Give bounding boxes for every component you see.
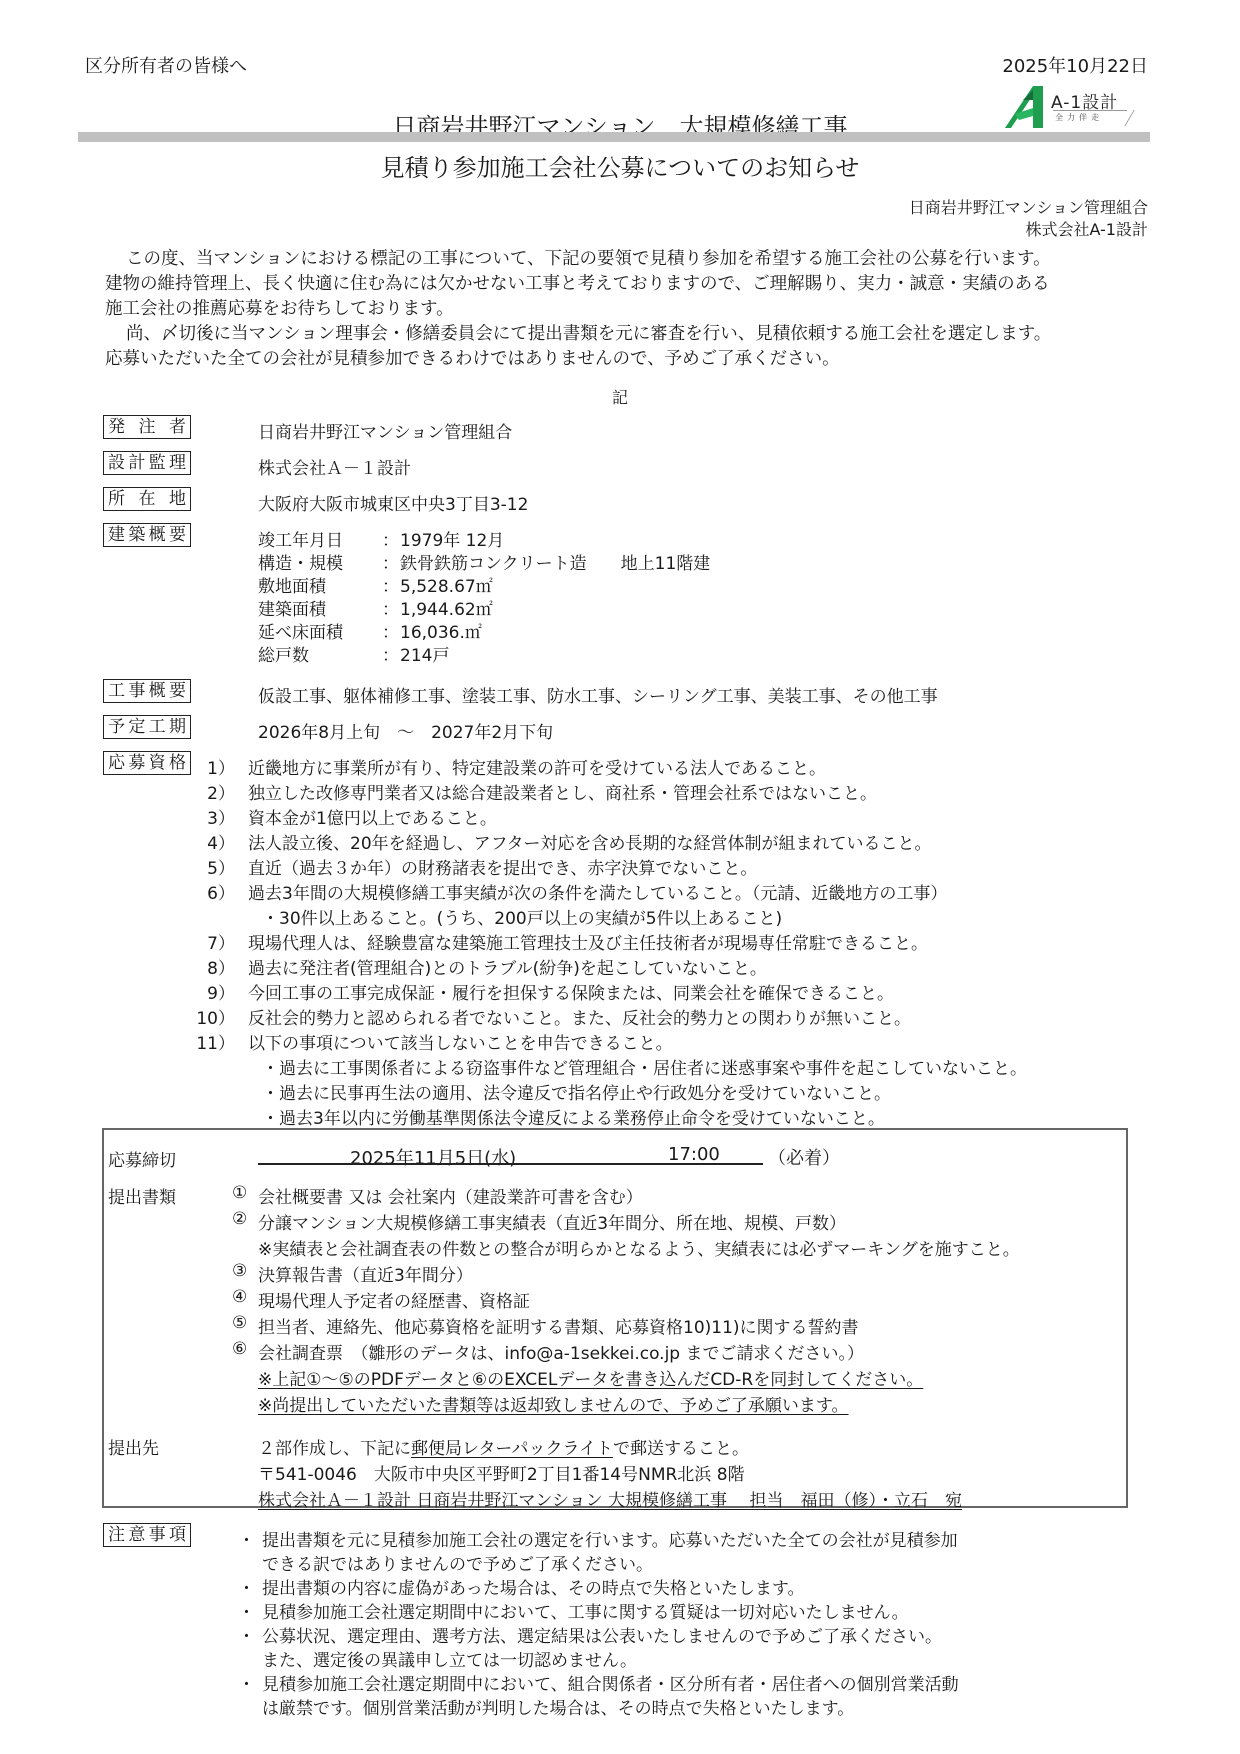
value-period: 2026年8月上旬 ～ 2027年2月下旬 <box>258 718 553 743</box>
label-building: 建築概要 <box>103 523 191 547</box>
label-period: 予定工期 <box>103 715 191 739</box>
intro-line: 応募いただいた全ての会社が見積参加できるわけではありませんので、予めご了承くださ… <box>105 345 840 370</box>
destination-pre: ２部作成し、下記に <box>258 1439 411 1459</box>
qual-subitem: ・過去に工事関係者による窃盗事件など管理組合・居住者に迷惑事案や事件を起こしてい… <box>262 1054 1027 1079</box>
spec-key: 敷地面積 <box>258 572 326 597</box>
label-destination: 提出先 <box>108 1434 159 1459</box>
doc-item: 分譲マンション大規模修繕工事実績表（直近3年間分、所在地、規模、戸数） <box>258 1209 846 1234</box>
qual-subitem: ・30件以上あること。(うち、200戸以上の実績が5件以上あること) <box>262 904 782 929</box>
label-qualifications: 応募資格 <box>103 751 191 775</box>
note-line: また、選定後の異議申し立ては一切認めません。 <box>262 1646 637 1671</box>
spec-value: 214戸 <box>400 641 449 666</box>
label-deadline: 応募締切 <box>108 1146 176 1171</box>
spec-value: 16,036.㎡ <box>400 618 482 643</box>
label-documents: 提出書類 <box>108 1183 176 1208</box>
spec-colon: ： <box>382 526 399 551</box>
qual-item: 独立した改修専門業者又は総合建設業者とし、商社系・管理会社系ではないこと。 <box>248 779 877 804</box>
bullet: ・ <box>238 1670 255 1695</box>
value-scope: 仮設工事、躯体補修工事、塗装工事、防水工事、シーリング工事、美装工事、その他工事 <box>258 682 938 707</box>
spec-colon: ： <box>382 572 399 597</box>
label-notes: 注意事項 <box>103 1523 191 1547</box>
doc-number: ⑤ <box>232 1313 247 1333</box>
qual-number: 9） <box>195 979 235 1004</box>
spec-key: 構造・規模 <box>258 549 343 574</box>
note-line: 見積参加施工会社選定期間中において、工事に関する質疑は一切対応いたしません。 <box>262 1598 909 1623</box>
destination-post: で郵送すること。 <box>613 1439 749 1459</box>
qual-number: 11） <box>195 1029 235 1054</box>
doc-item: 担当者、連絡先、他応募資格を証明する書類、応募資格10)11)に関する誓約書 <box>258 1313 859 1338</box>
note-line: 公募状況、選定理由、選考方法、選定結果は公表いたしませんので予めご了承ください。 <box>262 1622 942 1647</box>
qual-item: 法人設立後、20年を経過し、アフター対応を含め長期的な経営体制が組まれていること… <box>248 829 931 854</box>
qual-number: 8） <box>195 954 235 979</box>
qual-number: 4） <box>195 829 235 854</box>
doc-item: 会社調査票 （雛形のデータは、info@a-1sekkei.co.jp までご請… <box>258 1339 864 1364</box>
note-line: 見積参加施工会社選定期間中において、組合関係者・区分所有者・居住者への個別営業活… <box>262 1670 959 1695</box>
qual-subitem: ・過去3年以内に労働基準関係法令違反による業務停止命令を受けていないこと。 <box>262 1104 885 1129</box>
intro-line: この度、当マンションにおける標記の工事について、下記の要領で見積り参加を希望する… <box>126 245 1051 270</box>
doc-number: ⑥ <box>232 1339 247 1359</box>
title-divider-bar <box>78 132 1150 142</box>
label-client: 発 注 者 <box>103 415 191 439</box>
qual-item: 反社会的勢力と認められる者でないこと。また、反社会的勢力との関わりが無いこと。 <box>248 1004 911 1029</box>
deadline-note: （必着） <box>768 1144 840 1170</box>
qual-item: 直近（過去３か年）の財務諸表を提出でき、赤字決算でないこと。 <box>248 854 757 879</box>
note-line: 提出書類を元に見積参加施工会社の選定を行います。応募いただいた全ての会社が見積参… <box>262 1526 958 1551</box>
spec-key: 建築面積 <box>258 595 326 620</box>
destination-address: 〒541-0046 大阪市中央区平野町2丁目1番14号NMR北浜 8階 <box>258 1460 745 1485</box>
issue-date: 2025年10月22日 <box>1002 52 1148 78</box>
qual-number: 10） <box>195 1004 235 1029</box>
note-line: 提出書類の内容に虚偽があった場合は、その時点で失格といたします。 <box>262 1574 804 1599</box>
bullet: ・ <box>238 1526 255 1551</box>
doc-item: 現場代理人予定者の経歴書、資格証 <box>258 1287 530 1312</box>
doc-number: ③ <box>232 1261 247 1281</box>
label-scope: 工事概要 <box>103 679 191 703</box>
spec-value: 鉄骨鉄筋コンクリート造 地上11階建 <box>400 549 710 574</box>
label-location: 所 在 地 <box>103 487 191 511</box>
spec-colon: ： <box>382 549 399 574</box>
doc-underlined-note: ※上記①～⑤のPDFデータと⑥のEXCELデータを書き込んだCD-Rを同封してく… <box>258 1365 923 1390</box>
doc-number: ② <box>232 1209 247 1229</box>
label-design: 設計監理 <box>103 451 191 475</box>
qual-number: 1） <box>195 754 235 779</box>
qual-number: 6） <box>195 879 235 904</box>
spec-colon: ： <box>382 595 399 620</box>
qual-subitem: ・過去に民事再生法の適用、法令違反で指名停止や行政処分を受けていないこと。 <box>262 1079 891 1104</box>
doc-underlined-note: ※尚提出していただいた書類等は返却致しませんので、予めご了承願います。 <box>258 1391 849 1416</box>
deadline-date: 2025年11月5日(水) <box>350 1144 516 1170</box>
qual-item: 資本金が1億円以上であること。 <box>248 804 497 829</box>
spec-colon: ： <box>382 641 399 666</box>
ki-marker: 記 <box>0 385 1240 408</box>
qual-item: 現場代理人は、経験豊富な建築施工管理技士及び主任技術者が現場専任常駐できること。 <box>248 929 928 954</box>
destination-attention: 株式会社Ａ－１設計 日商岩井野江マンション 大規模修繕工事 担当 福田（修）・立… <box>258 1486 962 1511</box>
doc-number: ① <box>232 1183 247 1203</box>
title-notice: 見積り参加施工会社公募についてのお知らせ <box>0 148 1240 183</box>
spec-value: 5,528.67㎡ <box>400 572 493 597</box>
qual-item: 近畿地方に事業所が有り、特定建設業の許可を受けている法人であること。 <box>248 754 826 779</box>
spec-value: 1979年 12月 <box>400 526 504 551</box>
deadline-time: 17:00 <box>668 1144 720 1165</box>
qual-item: 以下の事項について該当しないことを申告できること。 <box>248 1029 673 1054</box>
bullet: ・ <box>238 1598 255 1623</box>
qual-number: 7） <box>195 929 235 954</box>
destination-method: 郵便局レターパックライト <box>411 1439 613 1459</box>
spec-key: 延べ床面積 <box>258 618 343 643</box>
value-location: 大阪府大阪市城東区中央3丁目3-12 <box>258 490 528 515</box>
issuer-company: 株式会社A-1設計 <box>1025 217 1148 240</box>
recipient-line: 区分所有者の皆様へ <box>85 52 247 78</box>
intro-line: 尚、〆切後に当マンション理事会・修繕委員会にて提出書類を元に審査を行い、見積依頼… <box>126 320 1051 345</box>
value-client: 日商岩井野江マンション管理組合 <box>258 418 512 443</box>
spec-key: 総戸数 <box>258 641 309 666</box>
qual-item: 過去に発注者(管理組合)とのトラブル(紛争)を起こしていないこと。 <box>248 954 767 979</box>
issuer-association: 日商岩井野江マンション管理組合 <box>909 195 1148 218</box>
qual-item: 過去3年間の大規模修繕工事実績が次の条件を満たしていること。（元請、近畿地方の工… <box>248 879 947 904</box>
destination-line1: ２部作成し、下記に郵便局レターパックライトで郵送すること。 <box>258 1434 749 1459</box>
bullet: ・ <box>238 1574 255 1599</box>
bullet: ・ <box>238 1622 255 1647</box>
spec-colon: ： <box>382 618 399 643</box>
spec-value: 1,944.62㎡ <box>400 595 493 620</box>
intro-line: 建物の維持管理上、長く快適に住む為には欠かせない工事と考えておりますので、ご理解… <box>105 270 1050 295</box>
note-line: は厳禁です。個別営業活動が判明した場合は、その時点で失格といたします。 <box>262 1694 854 1719</box>
doc-item: 決算報告書（直近3年間分） <box>258 1261 473 1286</box>
deadline-underline <box>258 1163 763 1165</box>
qual-item: 今回工事の工事完成保証・履行を担保する保険または、同業会社を確保できること。 <box>248 979 894 1004</box>
spec-key: 竣工年月日 <box>258 526 343 551</box>
intro-line: 施工会社の推薦応募をお待ちしております。 <box>105 295 454 320</box>
doc-note: ※実績表と会社調査表の件数との整合が明らかとなるよう、実績表には必ずマーキングを… <box>258 1235 1020 1260</box>
value-design: 株式会社Ａ－１設計 <box>258 454 411 479</box>
doc-number: ④ <box>232 1287 247 1307</box>
qual-number: 3） <box>195 804 235 829</box>
doc-item: 会社概要書 又は 会社案内（建設業許可書を含む） <box>258 1183 643 1208</box>
note-line: できる訳ではありませんので予めご了承ください。 <box>262 1550 653 1575</box>
qual-number: 2） <box>195 779 235 804</box>
qual-number: 5） <box>195 854 235 879</box>
